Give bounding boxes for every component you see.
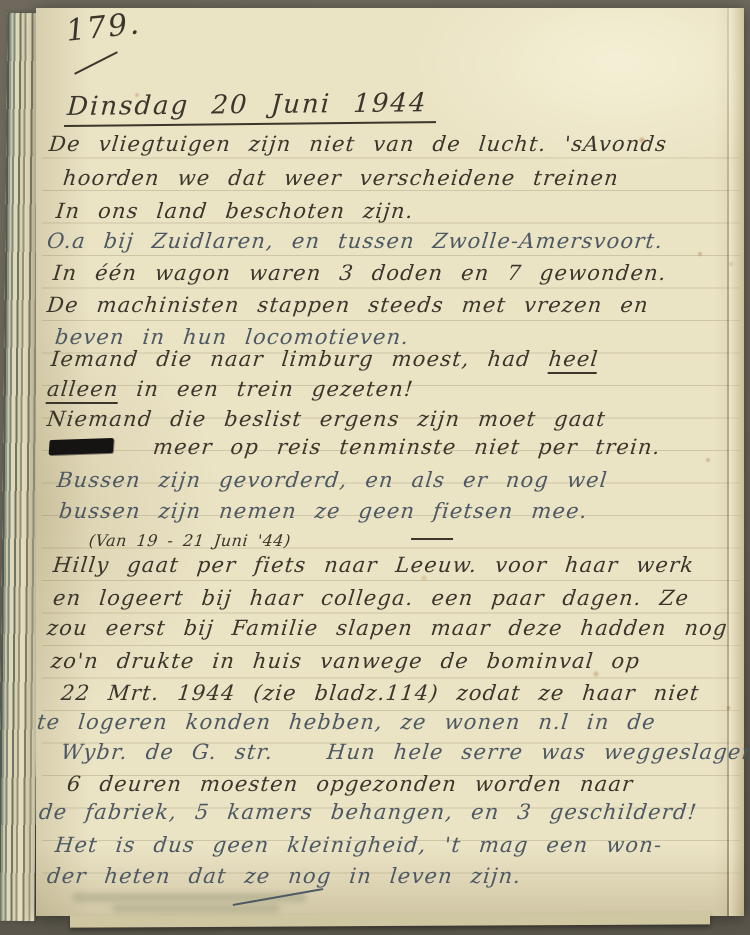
diary-text-segment: in een trein gezeten!	[117, 377, 415, 401]
diary-line-13: bussen zijn nemen ze geen fietsen mee.	[58, 501, 589, 522]
diary-text-segment: heel	[547, 347, 600, 374]
diary-line-2: hoorden we dat weer verscheidene treinen	[62, 168, 620, 189]
diary-text-segment: Iemand die naar limburg moest, had	[50, 347, 550, 371]
diary-line-17: zou eerst bij Familie slapen maar deze h…	[46, 618, 729, 639]
diary-line-12: Bussen zijn gevorderd, en als er nog wel	[56, 470, 609, 491]
handwriting-layer: 179. Dinsdag 20 Juni 1944 De vliegtuigen…	[0, 0, 750, 935]
diary-line-14: (Van 19 - 21 Juni '44)	[88, 533, 454, 549]
diary-line-7: beven in hun locomotieven.	[54, 327, 410, 348]
diary-text-segment: bussen zijn nemen ze geen fietsen mee.	[58, 499, 589, 523]
diary-line-6: De machinisten stappen steeds met vrezen…	[46, 295, 650, 316]
diary-line-19: 22 Mrt. 1944 (zie bladz.114) zodat ze ha…	[60, 683, 701, 704]
diary-photo: 179. Dinsdag 20 Juni 1944 De vliegtuigen…	[0, 0, 750, 935]
diary-line-8: Iemand die naar limburg moest, had heel	[50, 349, 600, 370]
diary-text-segment: In ons land beschoten zijn.	[55, 199, 415, 223]
entry-date-heading: Dinsdag 20 Juni 1944	[64, 88, 438, 127]
diary-text-segment: te logeren konden hebben, ze wonen n.l i…	[36, 710, 657, 734]
diary-line-11: meer op reis tenminste niet per trein.	[48, 437, 662, 458]
redacted-word	[49, 438, 114, 455]
diary-text-segment: meer op reis tenminste niet per trein.	[152, 435, 662, 459]
inline-dash-stroke	[411, 538, 453, 540]
diary-text-segment: Hilly gaat per fiets naar Leeuw. voor ha…	[52, 553, 696, 577]
diary-text-segment: De vliegtuigen zijn niet van de lucht. '…	[48, 132, 669, 156]
diary-line-25: der heten dat ze nog in leven zijn.	[46, 866, 522, 887]
ink-showthrough	[112, 905, 280, 912]
diary-text-segment: 6 deuren moesten opgezonden worden naar	[66, 772, 635, 796]
diary-line-1: De vliegtuigen zijn niet van de lucht. '…	[48, 134, 668, 155]
diary-text-segment: en logeert bij haar collega. een paar da…	[52, 586, 691, 610]
diary-text-segment: Wybr. de G. str. Hun hele serre was wegg…	[60, 740, 750, 764]
diary-text-segment: O.a bij Zuidlaren, en tussen Zwolle-Amer…	[46, 229, 665, 253]
diary-text-segment: (Van 19 - 21 Juni '44)	[88, 531, 292, 550]
diary-line-15: Hilly gaat per fiets naar Leeuw. voor ha…	[52, 555, 695, 576]
diary-line-16: en logeert bij haar collega. een paar da…	[52, 588, 690, 609]
diary-line-24: Het is dus geen kleinigheid, 't mag een …	[54, 835, 663, 856]
diary-line-18: zo'n drukte in huis vanwege de bominval …	[50, 651, 641, 672]
diary-line-21: Wybr. de G. str. Hun hele serre was wegg…	[60, 742, 750, 763]
page-number: 179.	[64, 6, 142, 49]
diary-line-9: alleen in een trein gezeten!	[46, 379, 415, 400]
diary-text-segment: zo'n drukte in huis vanwege de bominval …	[50, 649, 642, 673]
page-number-underline	[74, 51, 118, 75]
diary-text-segment: alleen	[46, 377, 120, 404]
diary-line-4: O.a bij Zuidlaren, en tussen Zwolle-Amer…	[46, 231, 664, 252]
diary-text-segment: Bussen zijn gevorderd, en als er nog wel	[56, 468, 609, 492]
diary-text-segment: der heten dat ze nog in leven zijn.	[46, 864, 523, 888]
diary-text-segment: hoorden we dat weer verscheidene treinen	[62, 166, 620, 190]
diary-text-segment: beven in hun locomotieven.	[54, 325, 411, 349]
diary-line-5: In één wagon waren 3 doden en 7 gewonden…	[52, 263, 668, 284]
diary-line-3: In ons land beschoten zijn.	[55, 201, 415, 222]
diary-text-segment: de fabriek, 5 kamers behangen, en 3 gesc…	[38, 800, 699, 824]
diary-line-10: Niemand die beslist ergens zijn moet gaa…	[46, 409, 607, 430]
diary-text-segment: Het is dus geen kleinigheid, 't mag een …	[54, 833, 664, 857]
diary-line-22: 6 deuren moesten opgezonden worden naar	[66, 774, 635, 795]
diary-text-segment: 22 Mrt. 1944 (zie bladz.114) zodat ze ha…	[60, 681, 701, 705]
diary-text-segment: In één wagon waren 3 doden en 7 gewonden…	[52, 261, 668, 285]
diary-line-20: te logeren konden hebben, ze wonen n.l i…	[36, 712, 657, 733]
diary-text-segment: Niemand die beslist ergens zijn moet gaa…	[46, 407, 607, 431]
diary-text-segment: zou eerst bij Familie slapen maar deze h…	[46, 616, 729, 640]
diary-line-23: de fabriek, 5 kamers behangen, en 3 gesc…	[38, 802, 698, 823]
diary-text-segment: De machinisten stappen steeds met vrezen…	[46, 293, 650, 317]
